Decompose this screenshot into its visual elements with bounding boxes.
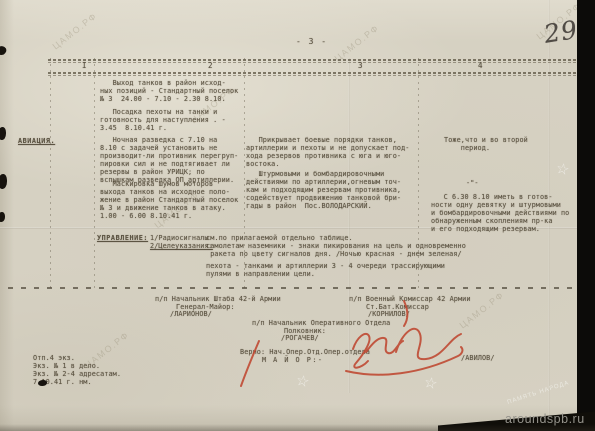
paper-damage-mark — [38, 380, 47, 386]
target-designation-term: 2/Целеуказания: — [150, 243, 213, 251]
column-separator — [50, 58, 51, 290]
table-header-rule — [48, 59, 578, 61]
noise-masking-paragraph: Маскировка шумов моторов выхода танков н… — [100, 181, 238, 221]
commissar-name: /КОРНИЛОВ/ — [368, 311, 410, 319]
site-watermark: aroundspb.ru — [505, 412, 585, 426]
watermark-archive: ЦАМО.РФ — [51, 11, 99, 52]
signature-separator-rule — [8, 287, 586, 289]
tanks-start-positions-paragraph: Выход танков в район исход- ных позиций … — [100, 80, 238, 104]
column-header-3: 3 — [358, 62, 363, 70]
column-header-2: 2 — [208, 62, 213, 70]
column-header-4: 4 — [478, 62, 483, 70]
star-watermark-icon: ☆ — [294, 371, 311, 391]
chief-of-staff-name: /ЛАРИОНОВ/ — [170, 311, 212, 319]
target-designation-text: самолетам наземники - знаки пикирования … — [206, 243, 466, 259]
scan-edge-right — [577, 0, 595, 431]
infantry-tracer-text: пехота - танками и артиллерии 3 - 4 очер… — [206, 263, 445, 279]
table-header-rule — [48, 72, 578, 74]
watermark-memory: ПАМЯТЬ НАРОДА — [507, 380, 570, 406]
document-page-scan: ЦАМО.РФ ЦАМО.РФ ЦАМО.РФ ЦАМО.РФ ЦАМО.РФ … — [0, 0, 595, 431]
punch-hole — [0, 127, 6, 140]
paper-damage-mark — [0, 44, 8, 57]
table-header-rule — [48, 75, 578, 77]
same-as-second-period-note: Тоже,что и во второй период. — [444, 137, 528, 153]
cover-battle-order-paragraph: Прикрывает боевые порядки танков, артилл… — [246, 137, 410, 169]
assault-bombing-paragraph: Штурмовыми и бомбардировочными действиям… — [246, 171, 401, 211]
punch-hole — [0, 212, 5, 222]
control-section-label: УПРАВЛЕНИЕ: — [97, 235, 148, 243]
night-recon-paragraph: Ночная разведка с 7.10 на 8.10 с задачей… — [100, 137, 238, 184]
infantry-mounting-paragraph: Посадка пехоты на танки и готовность для… — [100, 109, 226, 133]
aviation-row-label: АВИАЦИЯ. — [18, 138, 55, 146]
punch-hole — [0, 174, 7, 189]
column-header-1: I — [82, 62, 87, 70]
fold-crease — [348, 58, 350, 393]
operations-chief-name: /РОГАЧЕВ/ — [281, 335, 319, 343]
certified-name: /АВИЛОВ/ — [461, 355, 495, 363]
watermark-archive: ЦАМО.РФ — [333, 23, 381, 64]
star-watermark-icon: ☆ — [422, 373, 439, 393]
ditto-mark: -"- — [466, 180, 479, 188]
column-separator — [94, 58, 95, 290]
page-number: - 3 - — [296, 38, 328, 46]
table-header-rule — [48, 62, 578, 64]
star-watermark-icon: ☆ — [554, 159, 571, 179]
readiness-paragraph: С 6.30 8.10 иметь в готов- ности одну де… — [431, 194, 569, 234]
certified-rank: М А Й О Р:- — [262, 357, 324, 365]
